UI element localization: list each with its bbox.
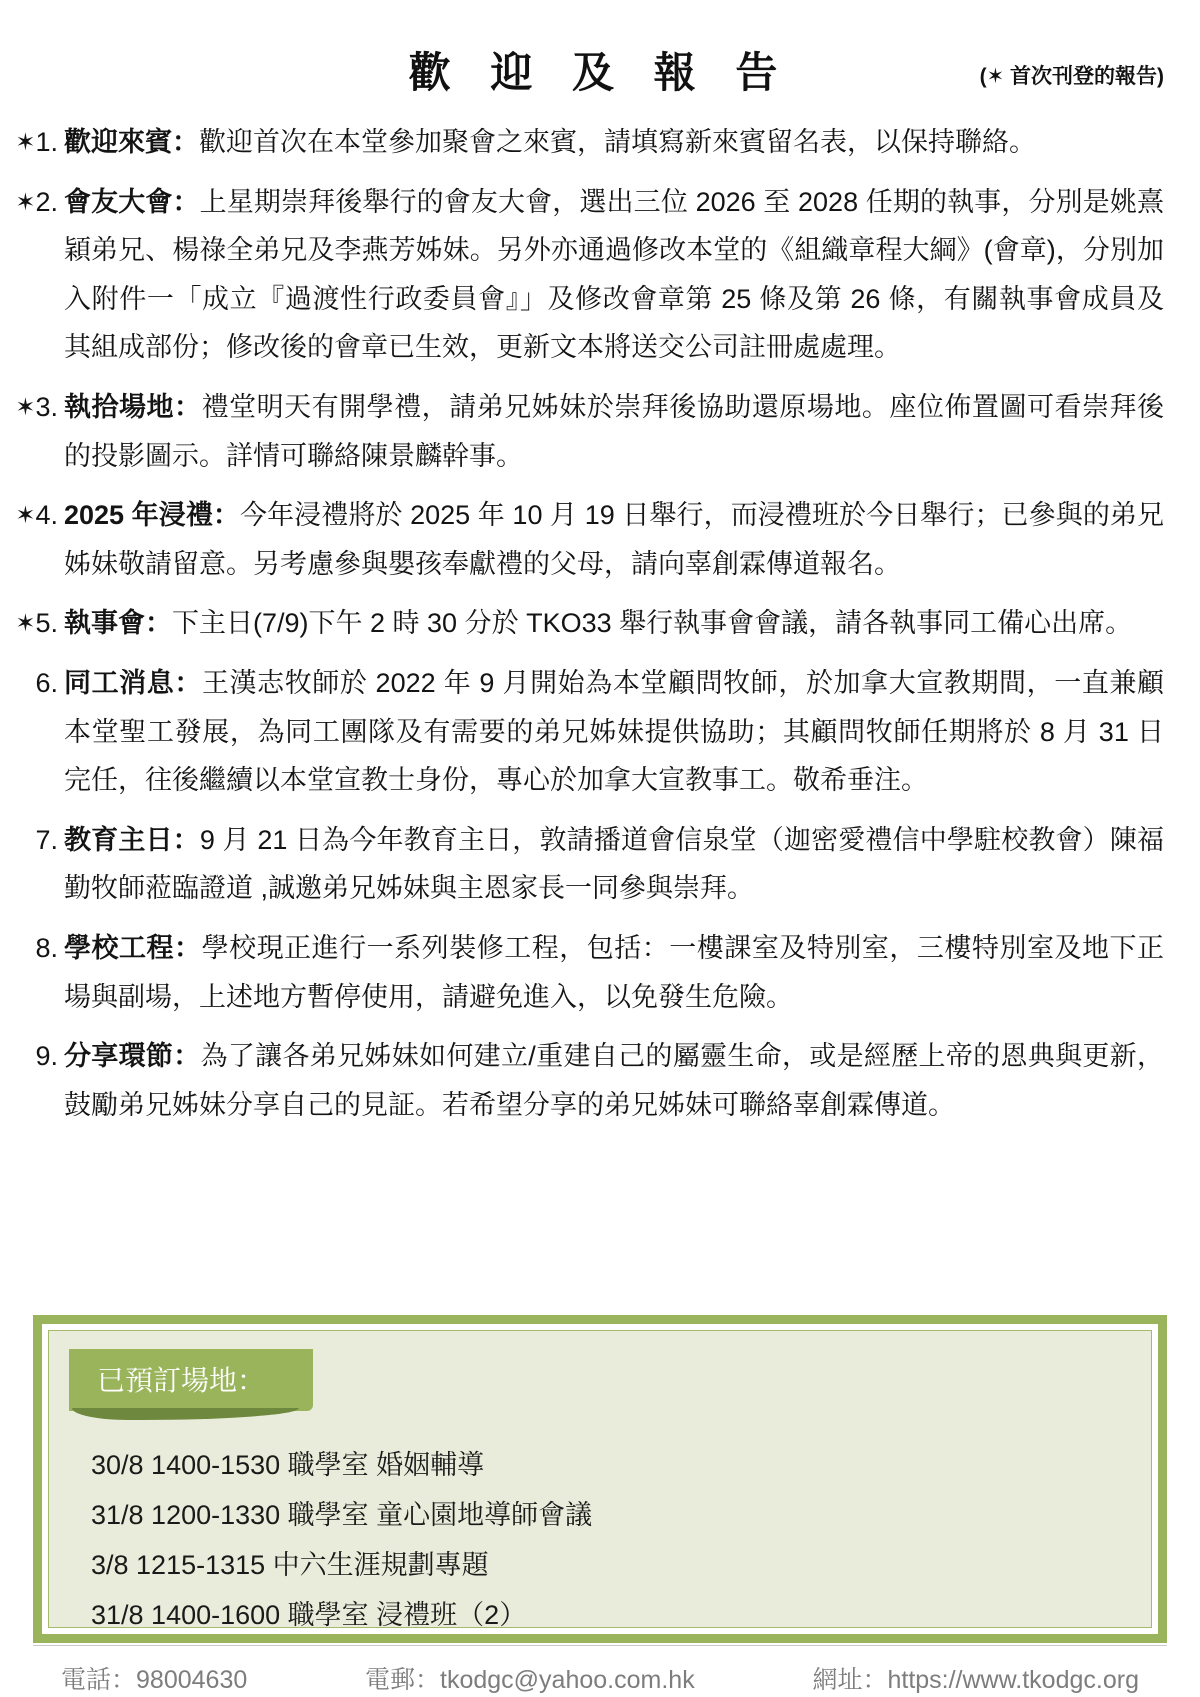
booked-venues-panel: 已預訂場地： 30/8 1400-1530 職學室 婚姻輔導 31/8 1200… bbox=[48, 1330, 1152, 1628]
announcement-item-1: ✶1. 歡迎來賓：歡迎首次在本堂參加聚會之來賓，請填寫新來賓留名表，以保持聯絡。 bbox=[0, 118, 1164, 167]
item-text: 禮堂明天有開學禮，請弟兄姊妹於崇拜後協助還原場地。座位佈置圖可看崇拜後的投影圖示… bbox=[64, 392, 1164, 471]
item-text: 學校現正進行一系列裝修工程，包括：一樓課室及特別室，三樓特別室及地下正場與副場，… bbox=[64, 933, 1164, 1012]
item-text: 王漢志牧師於 2022 年 9 月開始為本堂顧問牧師，於加拿大宣教期間，一直兼顧… bbox=[64, 668, 1164, 795]
venue-item: 31/8 1400-1600 職學室 浸禮班（2） bbox=[91, 1591, 1121, 1641]
item-marker: ✶5. bbox=[0, 599, 58, 648]
item-text: 9 月 21 日為今年教育主日，敦請播道會信泉堂（迦密愛禮信中學駐校教會）陳福勤… bbox=[64, 825, 1164, 904]
website-value: https://www.tkodgc.org bbox=[887, 1666, 1139, 1694]
announcement-item-3: ✶3. 執拾場地：禮堂明天有開學禮，請弟兄姊妹於崇拜後協助還原場地。座位佈置圖可… bbox=[0, 383, 1164, 480]
item-marker: ✶4. bbox=[0, 491, 58, 540]
item-label: 教育主日： bbox=[64, 825, 200, 855]
venue-item: 30/8 1400-1530 職學室 婚姻輔導 bbox=[91, 1441, 1121, 1491]
email-label: 電郵： bbox=[365, 1666, 440, 1694]
item-number: 4. bbox=[35, 500, 58, 530]
item-text: 歡迎首次在本堂參加聚會之來賓，請填寫新來賓留名表，以保持聯絡。 bbox=[199, 127, 1036, 157]
booked-venues-box: 已預訂場地： 30/8 1400-1530 職學室 婚姻輔導 31/8 1200… bbox=[33, 1315, 1167, 1643]
star-icon: ✶ bbox=[15, 129, 35, 156]
announcement-list: ✶1. 歡迎來賓：歡迎首次在本堂參加聚會之來賓，請填寫新來賓留名表，以保持聯絡。… bbox=[0, 118, 1164, 1129]
item-label: 執拾場地： bbox=[64, 392, 202, 422]
item-number: 6. bbox=[35, 668, 58, 698]
item-label: 2025 年浸禮： bbox=[64, 500, 240, 530]
booked-venues-header-tab: 已預訂場地： bbox=[69, 1349, 313, 1411]
item-marker: 6. bbox=[0, 659, 58, 708]
announcement-item-6: 6. 同工消息：王漢志牧師於 2022 年 9 月開始為本堂顧問牧師，於加拿大宣… bbox=[0, 659, 1164, 805]
item-label: 同工消息： bbox=[64, 668, 202, 698]
booked-venues-list: 30/8 1400-1530 職學室 婚姻輔導 31/8 1200-1330 職… bbox=[91, 1441, 1121, 1641]
item-label: 歡迎來賓： bbox=[64, 127, 199, 157]
phone-label: 電話： bbox=[61, 1666, 136, 1694]
first-publish-note: (✶ 首次刊登的報告) bbox=[980, 60, 1164, 90]
item-marker: ✶3. bbox=[0, 383, 58, 432]
announcement-item-5: ✶5. 執事會：下主日(7/9)下午 2 時 30 分於 TKO33 舉行執事會… bbox=[0, 599, 1164, 648]
footer-website: 網址：https://www.tkodgc.org bbox=[812, 1660, 1139, 1696]
item-label: 執事會： bbox=[64, 608, 172, 638]
item-marker: 9. bbox=[0, 1032, 58, 1081]
announcement-item-7: 7. 教育主日：9 月 21 日為今年教育主日，敦請播道會信泉堂（迦密愛禮信中學… bbox=[0, 816, 1164, 913]
star-icon: ✶ bbox=[15, 394, 35, 421]
phone-value: 98004630 bbox=[136, 1666, 247, 1694]
item-number: 8. bbox=[35, 933, 58, 963]
footer-email: 電郵：tkodgc@yahoo.com.hk bbox=[365, 1660, 695, 1696]
item-number: 9. bbox=[35, 1041, 58, 1071]
item-marker: 7. bbox=[0, 816, 58, 865]
item-number: 1. bbox=[35, 127, 58, 157]
item-marker: ✶2. bbox=[0, 178, 58, 227]
item-label: 分享環節： bbox=[64, 1041, 201, 1071]
star-icon: ✶ bbox=[15, 610, 35, 637]
announcement-item-9: 9. 分享環節：為了讓各弟兄姊妹如何建立/重建自己的屬靈生命，或是經歷上帝的恩典… bbox=[0, 1032, 1164, 1129]
announcement-item-4: ✶4. 2025 年浸禮：今年浸禮將於 2025 年 10 月 19 日舉行，而… bbox=[0, 491, 1164, 588]
star-icon: ✶ bbox=[15, 502, 35, 529]
item-marker: 8. bbox=[0, 924, 58, 973]
email-value: tkodgc@yahoo.com.hk bbox=[440, 1666, 695, 1694]
item-text: 上星期崇拜後舉行的會友大會，選出三位 2026 至 2028 任期的執事，分別是… bbox=[64, 187, 1164, 363]
announcement-item-2: ✶2. 會友大會：上星期崇拜後舉行的會友大會，選出三位 2026 至 2028 … bbox=[0, 178, 1164, 372]
item-label: 會友大會： bbox=[64, 187, 200, 217]
item-number: 5. bbox=[35, 608, 58, 638]
page-header: 歡 迎 及 報 告 (✶ 首次刊登的報告) bbox=[0, 0, 1200, 100]
item-text: 下主日(7/9)下午 2 時 30 分於 TKO33 舉行執事會會議，請各執事同… bbox=[172, 608, 1132, 638]
venue-item: 3/8 1215-1315 中六生涯規劃專題 bbox=[91, 1541, 1121, 1591]
website-label: 網址： bbox=[812, 1666, 887, 1694]
footer-phone: 電話：98004630 bbox=[61, 1660, 247, 1696]
venue-item: 31/8 1200-1330 職學室 童心園地導師會議 bbox=[91, 1491, 1121, 1541]
item-text: 為了讓各弟兄姊妹如何建立/重建自己的屬靈生命，或是經歷上帝的恩典與更新，鼓勵弟兄… bbox=[64, 1041, 1164, 1120]
item-number: 2. bbox=[35, 187, 58, 217]
item-marker: ✶1. bbox=[0, 118, 58, 167]
item-number: 3. bbox=[35, 392, 58, 422]
contact-footer: 電話：98004630 電郵：tkodgc@yahoo.com.hk 網址：ht… bbox=[33, 1645, 1167, 1696]
announcement-item-8: 8. 學校工程：學校現正進行一系列裝修工程，包括：一樓課室及特別室，三樓特別室及… bbox=[0, 924, 1164, 1021]
item-label: 學校工程： bbox=[64, 933, 202, 963]
star-icon: ✶ bbox=[15, 189, 35, 216]
item-number: 7. bbox=[35, 825, 58, 855]
